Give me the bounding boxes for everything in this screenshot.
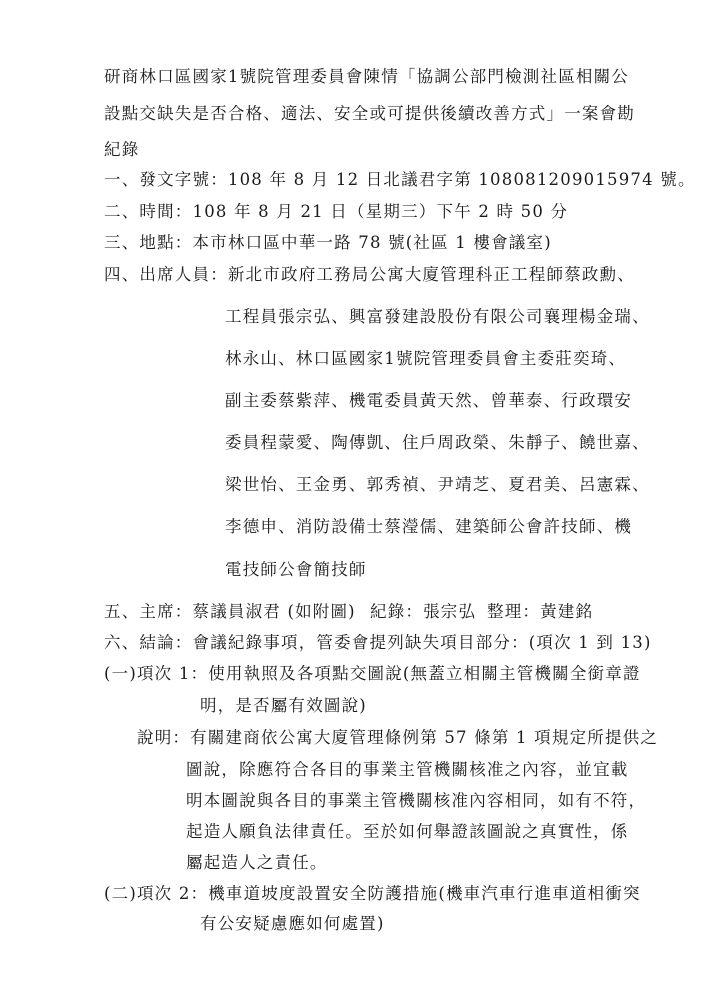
chair: 五、主席：蔡議員淑君 (如附圖) xyxy=(104,602,356,622)
attendees-label: 四、出席人員：新北市政府工務局公寓大廈管理科正工程師蔡政勳、 xyxy=(104,265,635,285)
doc-number: 一、發文字號：108 年 8 月 12 日北議君字第 1080812090159… xyxy=(104,170,696,190)
attendees-line: 委員程蒙愛、陶傳凱、住戶周政榮、朱靜子、饒世嘉、 xyxy=(225,433,650,453)
section-1-explanation: 明本圖說與各目的事業主管機關核准內容相同，如有不符， xyxy=(186,791,646,811)
section-2-title-cont: 有公安疑慮應如何處置) xyxy=(200,914,385,934)
title-line-1: 研商林口區國家1號院管理委員會陳情「協調公部門檢測社區相關公 xyxy=(104,67,629,87)
section-1-explanation: 起造人願負法律責任。至於如何舉證該圖說之真實性，係 xyxy=(186,822,629,842)
recorder: 紀錄：張宗弘 xyxy=(370,602,476,622)
organizer: 整理：黃建銘 xyxy=(487,602,593,622)
meeting-time: 二、時間：108 年 8 月 21 日（星期三）下午 2 時 50 分 xyxy=(104,202,568,222)
conclusion: 六、結論：會議紀錄事項，管委會提列缺失項目部分：(項次 1 到 13) xyxy=(104,633,652,653)
section-2-title: (二)項次 2：機車道坡度設置安全防護措施(機車汽車行進車道相衝突 xyxy=(104,884,641,904)
attendees-line: 林永山、林口區國家1號院管理委員會主委莊奕琦、 xyxy=(225,349,626,369)
title-line-3: 紀錄 xyxy=(104,140,139,160)
section-1-explanation: 說明：有關建商依公寓大廈管理條例第 57 條第 1 項規定所提供之 xyxy=(137,728,658,748)
section-1-explanation: 圖說，除應符合各目的事業主管機關核准之內容，並宜載 xyxy=(186,760,629,780)
attendees-line: 梁世怡、王金勇、郭秀禎、尹靖芝、夏君美、呂憲霖、 xyxy=(225,475,650,495)
attendees-line: 電技師公會簡技師 xyxy=(225,560,367,580)
title-line-2: 設點交缺失是否合格、適法、安全或可提供後續改善方式」一案會勘 xyxy=(104,104,635,124)
attendees-line: 李德申、消防設備士蔡瀅儒、建築師公會許技師、機 xyxy=(225,517,632,537)
section-1-explanation: 屬起造人之責任。 xyxy=(186,853,328,873)
section-1-title-cont: 明，是否屬有效圖說) xyxy=(200,696,367,716)
attendees-line: 副主委蔡紫萍、機電委員黃天然、曾華泰、行政環安 xyxy=(225,391,632,411)
attendees-line: 工程員張宗弘、興富發建設股份有限公司襄理楊金瑞、 xyxy=(225,307,650,327)
meeting-place: 三、地點：本市林口區中華一路 78 號(社區 1 樓會議室) xyxy=(104,233,552,253)
section-1-title: (一)項次 1：使用執照及各項點交圖說(無蓋立相關主管機關全銜章證 xyxy=(104,664,641,684)
